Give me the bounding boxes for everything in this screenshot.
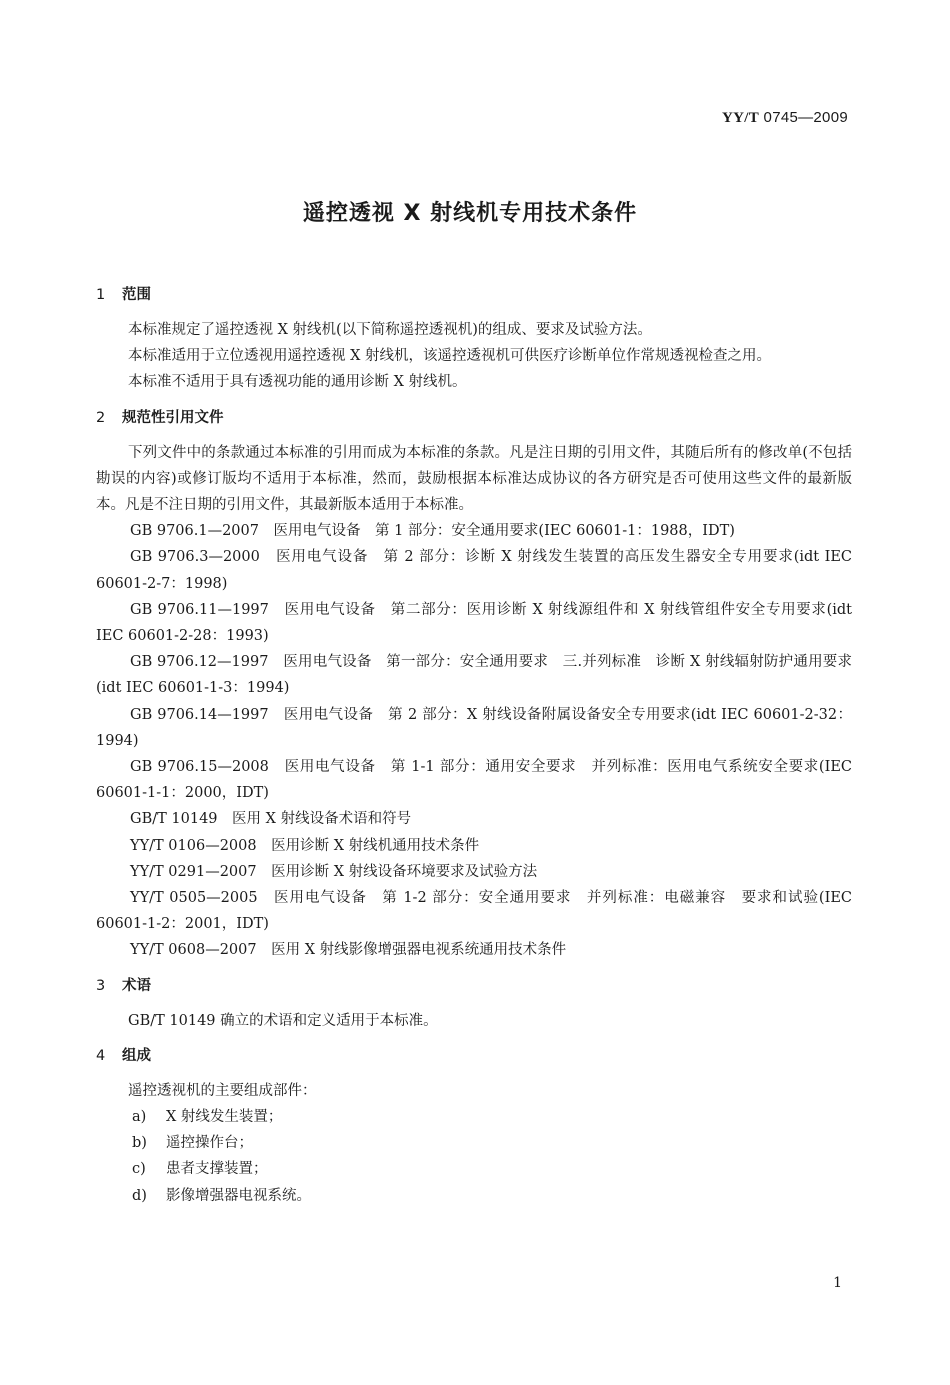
document-title: 遥控透视 X 射线机专用技术条件 <box>0 196 940 227</box>
section-4-heading: 4组成 <box>96 1043 852 1069</box>
section-1-paragraph: 本标准不适用于具有透视功能的通用诊断 X 射线机。 <box>96 369 852 395</box>
list-item: a)X 射线发生装置； <box>96 1104 852 1130</box>
list-item: c)患者支撑装置； <box>96 1156 852 1182</box>
standard-code: YY/T 0745—2009 <box>722 109 848 127</box>
section-3-heading: 3术语 <box>96 973 852 999</box>
reference-item: GB 9706.14—1997 医用电气设备 第 2 部分：X 射线设备附属设备… <box>96 702 852 754</box>
standard-number: 0745—2009 <box>764 109 848 126</box>
section-2-heading: 2规范性引用文件 <box>96 405 852 431</box>
page-number: 1 <box>833 1275 842 1291</box>
reference-item: GB/T 10149 医用 X 射线设备术语和符号 <box>96 806 852 832</box>
section-4-intro: 遥控透视机的主要组成部件： <box>96 1078 852 1104</box>
section-1-heading: 1范围 <box>96 282 852 308</box>
standard-prefix: YY/T <box>722 110 759 126</box>
document-body: 1范围 本标准规定了遥控透视 X 射线机(以下简称遥控透视机)的组成、要求及试验… <box>96 282 852 1209</box>
list-item: d)影像增强器电视系统。 <box>96 1183 852 1209</box>
reference-item: GB 9706.1—2007 医用电气设备 第 1 部分：安全通用要求(IEC … <box>96 518 852 544</box>
section-1-paragraph: 本标准适用于立位透视用遥控透视 X 射线机，该遥控透视机可供医疗诊断单位作常规透… <box>96 343 852 369</box>
reference-item: YY/T 0106—2008 医用诊断 X 射线机通用技术条件 <box>96 833 852 859</box>
list-item: b)遥控操作台； <box>96 1130 852 1156</box>
section-2-intro: 下列文件中的条款通过本标准的引用而成为本标准的条款。凡是注日期的引用文件，其随后… <box>96 440 852 519</box>
reference-item: YY/T 0505—2005 医用电气设备 第 1-2 部分：安全通用要求 并列… <box>96 885 852 937</box>
section-1-paragraph: 本标准规定了遥控透视 X 射线机(以下简称遥控透视机)的组成、要求及试验方法。 <box>96 317 852 343</box>
reference-item: GB 9706.15—2008 医用电气设备 第 1-1 部分：通用安全要求 并… <box>96 754 852 806</box>
reference-item: YY/T 0291—2007 医用诊断 X 射线设备环境要求及试验方法 <box>96 859 852 885</box>
reference-item: GB 9706.3—2000 医用电气设备 第 2 部分：诊断 X 射线发生装置… <box>96 544 852 596</box>
reference-item: YY/T 0608—2007 医用 X 射线影像增强器电视系统通用技术条件 <box>96 937 852 963</box>
section-3-paragraph: GB/T 10149 确立的术语和定义适用于本标准。 <box>96 1008 852 1034</box>
reference-item: GB 9706.11—1997 医用电气设备 第二部分：医用诊断 X 射线源组件… <box>96 597 852 649</box>
reference-item: GB 9706.12—1997 医用电气设备 第一部分：安全通用要求 三.并列标… <box>96 649 852 701</box>
